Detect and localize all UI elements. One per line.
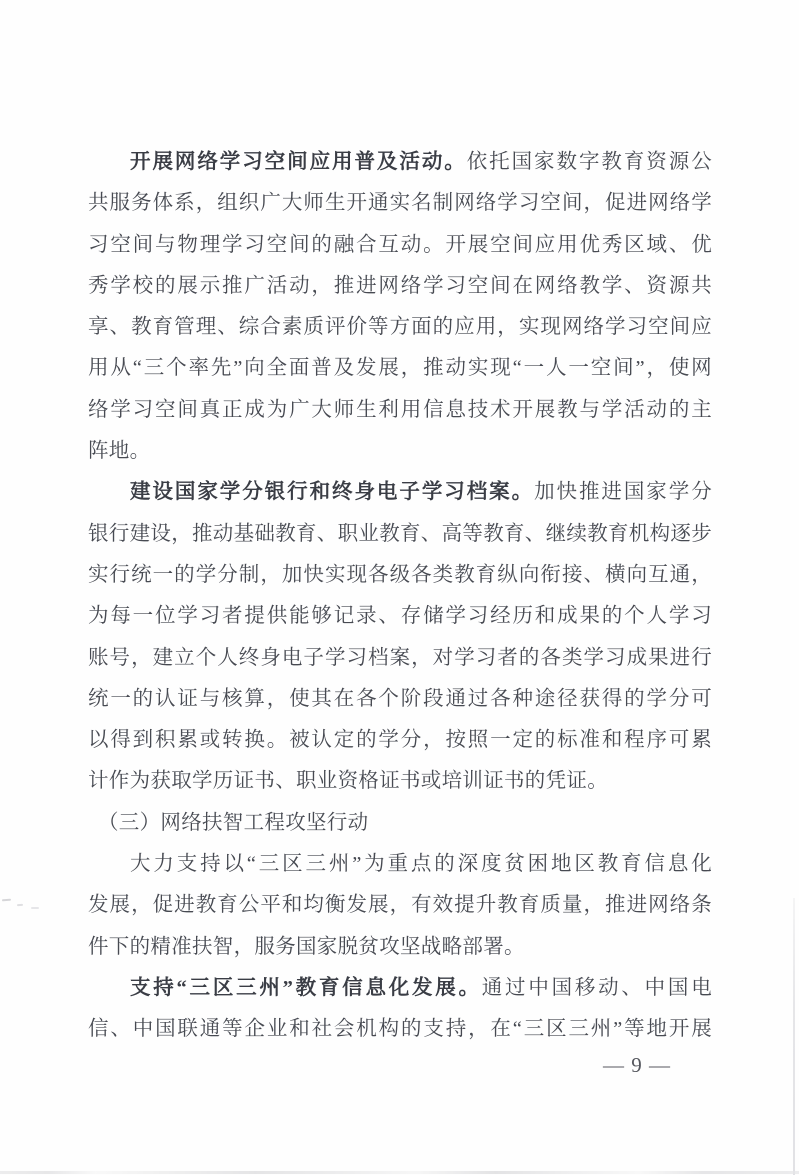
- scan-artifact-left-mark: [17, 904, 23, 906]
- text-segment-bold: 支持“三区三州”教育信息化发展。: [130, 977, 482, 999]
- scanned-document-page: 开展网络学习空间应用普及活动。依托国家数字教育资源公共服务体系，组织广大师生开通…: [0, 0, 799, 1175]
- text-line: 账号，建立个人终身电子学习档案，对学习者的各类学习成果进行: [88, 638, 712, 679]
- text-line: 以得到积累或转换。被认定的学分，按照一定的标准和程序可累: [88, 720, 712, 761]
- body-paragraph: 支持“三区三州”教育信息化发展。通过中国移动、中国电信、中国联通等企业和社会机构…: [88, 968, 712, 1051]
- text-segment: 统一的认证与核算，使其在各个阶段通过各种途径获得的学分可: [88, 688, 712, 710]
- text-line: 统一的认证与核算，使其在各个阶段通过各种途径获得的学分可: [88, 679, 712, 720]
- text-segment: 络学习空间真正成为广大师生利用信息技术开展教与学活动的主: [88, 399, 712, 421]
- text-line: 支持“三区三州”教育信息化发展。通过中国移动、中国电: [88, 968, 712, 1009]
- text-segment: 件下的精准扶智，服务国家脱贫攻坚战略部署。: [88, 936, 525, 958]
- text-segment: 账号，建立个人终身电子学习档案，对学习者的各类学习成果进行: [88, 647, 712, 669]
- text-line: 件下的精准扶智，服务国家脱贫攻坚战略部署。: [88, 927, 712, 968]
- text-segment: （三）网络扶智工程攻坚行动: [98, 812, 368, 834]
- document-body: 开展网络学习空间应用普及活动。依托国家数字教育资源公共服务体系，组织广大师生开通…: [88, 142, 712, 1051]
- text-segment: 秀学校的展示推广活动，推进网络学习空间在网络教学、资源共: [88, 275, 712, 297]
- scan-artifact-right-edge: [793, 898, 795, 1175]
- text-segment: 习空间与物理学习空间的融合互动。开展空间应用优秀区域、优: [88, 234, 712, 256]
- text-segment-bold: 建设国家学分银行和终身电子学习档案。: [130, 481, 534, 503]
- text-line: 银行建设，推动基础教育、职业教育、高等教育、继续教育机构逐步: [88, 514, 712, 555]
- text-segment: 用从“三个率先”向全面普及发展，推动实现“一人一空间”，使网: [88, 357, 712, 379]
- text-line: 开展网络学习空间应用普及活动。依托国家数字教育资源公: [88, 142, 712, 183]
- text-segment: 大力支持以“三区三州”为重点的深度贫困地区教育信息化: [130, 853, 712, 875]
- text-line: （三）网络扶智工程攻坚行动: [88, 803, 712, 844]
- text-line: 习空间与物理学习空间的融合互动。开展空间应用优秀区域、优: [88, 225, 712, 266]
- text-segment: 加快推进国家学分: [534, 481, 712, 503]
- text-line: 建设国家学分银行和终身电子学习档案。加快推进国家学分: [88, 472, 712, 513]
- text-line: 为每一位学习者提供能够记录、存储学习经历和成果的个人学习: [88, 596, 712, 637]
- text-line: 大力支持以“三区三州”为重点的深度贫困地区教育信息化: [88, 844, 712, 885]
- text-line: 用从“三个率先”向全面普及发展，推动实现“一人一空间”，使网: [88, 348, 712, 389]
- scan-artifact-left-mark: [2, 899, 11, 902]
- text-segment: 阵地。: [88, 440, 150, 462]
- text-line: 阵地。: [88, 431, 712, 472]
- text-line: 秀学校的展示推广活动，推进网络学习空间在网络教学、资源共: [88, 266, 712, 307]
- text-line: 共服务体系，组织广大师生开通实名制网络学习空间，促进网络学: [88, 183, 712, 224]
- text-line: 享、教育管理、综合素质评价等方面的应用，实现网络学习空间应: [88, 307, 712, 348]
- text-segment: 银行建设，推动基础教育、职业教育、高等教育、继续教育机构逐步: [88, 523, 712, 545]
- body-paragraph: 大力支持以“三区三州”为重点的深度贫困地区教育信息化发展，促进教育公平和均衡发展…: [88, 844, 712, 968]
- text-segment-bold: 开展网络学习空间应用普及活动。: [130, 151, 467, 173]
- text-line: 发展，促进教育公平和均衡发展，有效提升教育质量，推进网络条: [88, 885, 712, 926]
- text-line: 计作为获取学历证书、职业资格证书或培训证书的凭证。: [88, 761, 712, 802]
- text-segment: 发展，促进教育公平和均衡发展，有效提升教育质量，推进网络条: [88, 894, 712, 916]
- page-number: — 9 —: [603, 1052, 683, 1078]
- text-segment: 计作为获取学历证书、职业资格证书或培训证书的凭证。: [88, 770, 608, 792]
- text-segment: 通过中国移动、中国电: [482, 977, 712, 999]
- body-paragraph: 开展网络学习空间应用普及活动。依托国家数字教育资源公共服务体系，组织广大师生开通…: [88, 142, 712, 472]
- text-segment: 依托国家数字教育资源公: [467, 151, 712, 173]
- section-heading: （三）网络扶智工程攻坚行动: [88, 803, 712, 844]
- body-paragraph: 建设国家学分银行和终身电子学习档案。加快推进国家学分银行建设，推动基础教育、职业…: [88, 472, 712, 802]
- text-segment: 以得到积累或转换。被认定的学分，按照一定的标准和程序可累: [88, 729, 712, 751]
- text-line: 实行统一的学分制，加快实现各级各类教育纵向衔接、横向互通，: [88, 555, 712, 596]
- text-segment: 信、中国联通等企业和社会机构的支持，在“三区三州”等地开展: [88, 1018, 712, 1040]
- text-segment: 为每一位学习者提供能够记录、存储学习经历和成果的个人学习: [88, 605, 712, 627]
- text-segment: 共服务体系，组织广大师生开通实名制网络学习空间，促进网络学: [88, 192, 712, 214]
- text-segment: 享、教育管理、综合素质评价等方面的应用，实现网络学习空间应: [88, 316, 712, 338]
- scan-artifact-left-mark: [31, 907, 39, 909]
- text-segment: 实行统一的学分制，加快实现各级各类教育纵向衔接、横向互通，: [88, 564, 712, 586]
- text-line: 络学习空间真正成为广大师生利用信息技术开展教与学活动的主: [88, 390, 712, 431]
- scan-artifact-bottom-edge: [0, 1171, 799, 1174]
- text-line: 信、中国联通等企业和社会机构的支持，在“三区三州”等地开展: [88, 1009, 712, 1050]
